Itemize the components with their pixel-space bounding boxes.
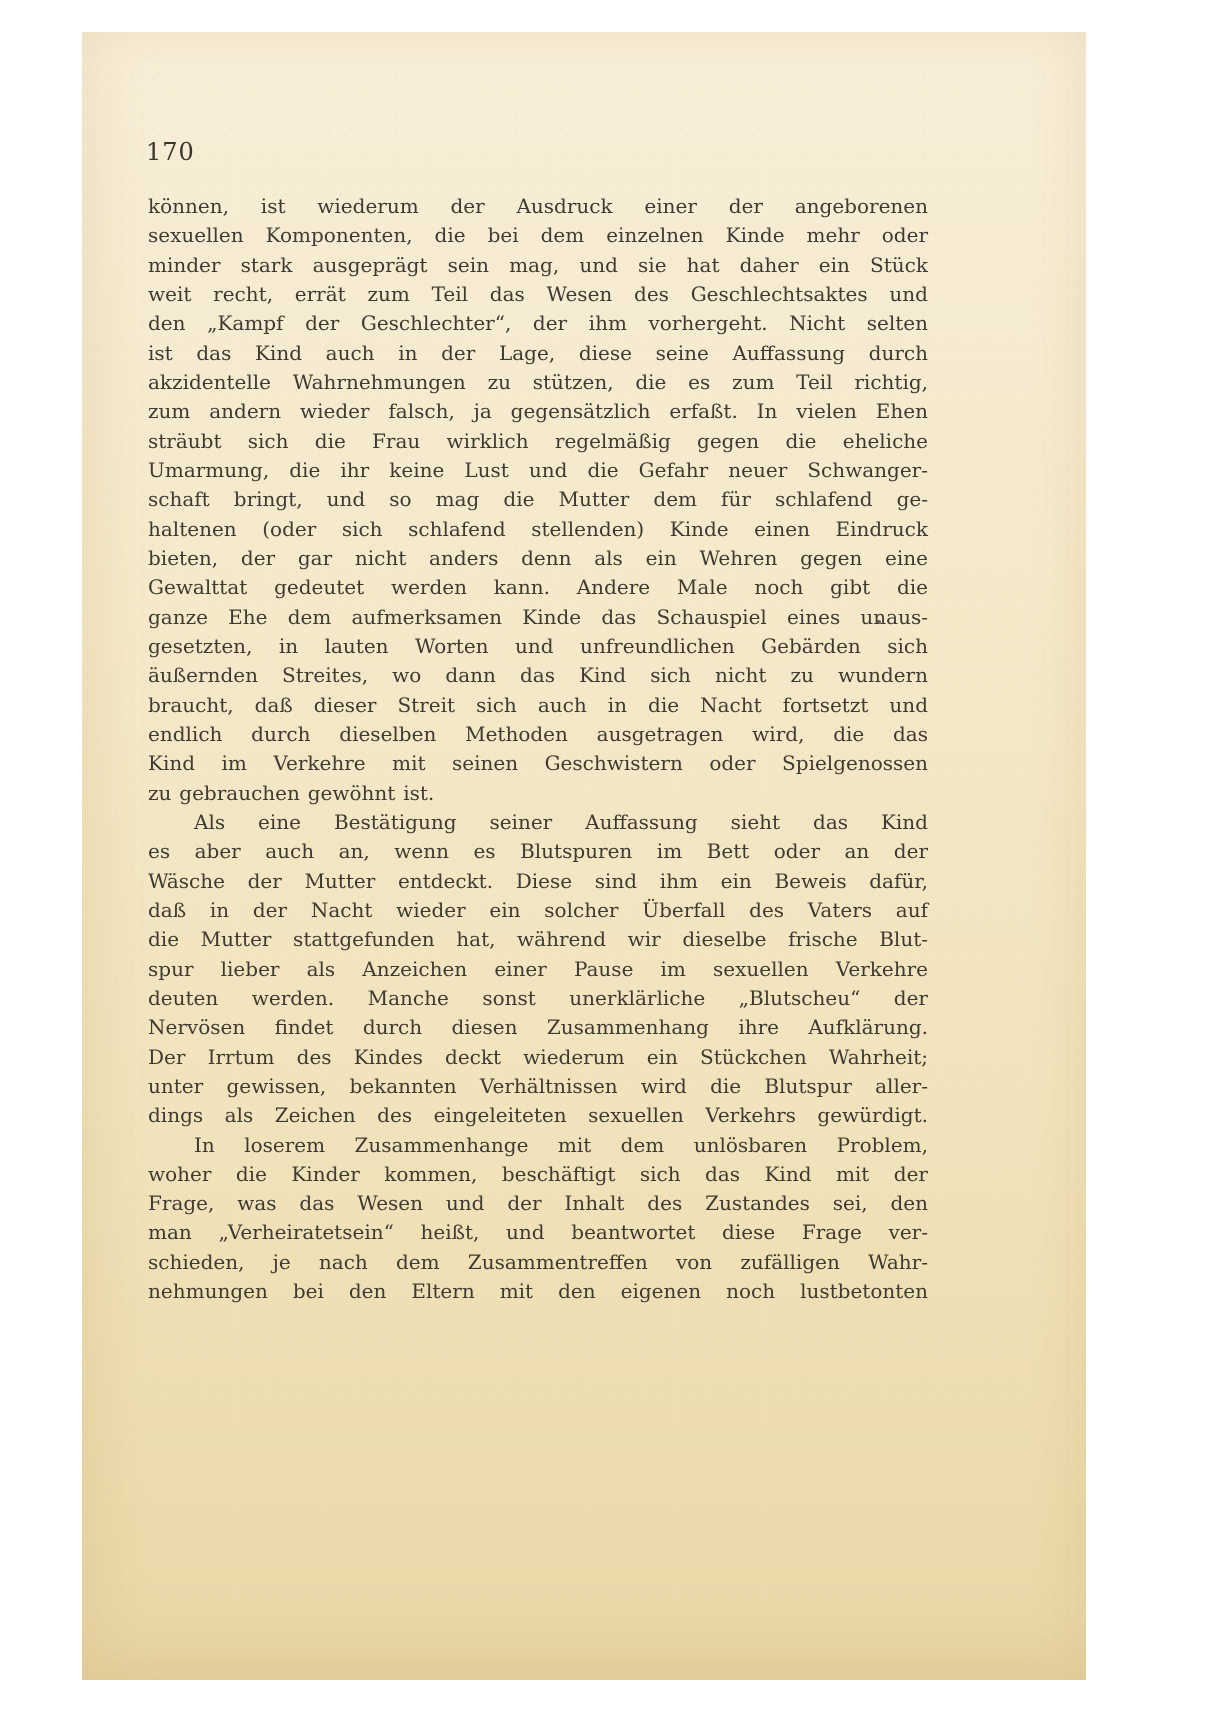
text-line: daß in der Nacht wieder ein solcher Über… xyxy=(148,896,928,925)
text-line: können, ist wiederum der Ausdruck einer … xyxy=(148,192,928,221)
text-line: deuten werden. Manche sonst unerklärlich… xyxy=(148,984,928,1013)
text-line: braucht, daß dieser Streit sich auch in … xyxy=(148,691,928,720)
text-line: akzidentelle Wahrnehmungen zu stützen, d… xyxy=(148,368,928,397)
text-line: schaft bringt, und so mag die Mutter dem… xyxy=(148,485,928,514)
text-line: sexuellen Komponenten, die bei dem einze… xyxy=(148,221,928,250)
text-line: sträubt sich die Frau wirklich regelmäßi… xyxy=(148,427,928,456)
text-line: weit recht, errät zum Teil das Wesen des… xyxy=(148,280,928,309)
text-line: Wäsche der Mutter entdeckt. Diese sind i… xyxy=(148,867,928,896)
text-line: spur lieber als Anzeichen einer Pause im… xyxy=(148,955,928,984)
paragraph: In loserem Zusammenhange mit dem unlösba… xyxy=(148,1131,928,1307)
text-block: können, ist wiederum der Ausdruck einer … xyxy=(148,192,928,1306)
text-line: Als eine Bestätigung seiner Auffassung s… xyxy=(148,808,928,837)
text-line: man „Verheiratetsein“ heißt, und beantwo… xyxy=(148,1218,928,1247)
text-line: zum andern wieder falsch, ja gegensätzli… xyxy=(148,397,928,426)
text-line: In loserem Zusammenhange mit dem unlösba… xyxy=(148,1131,928,1160)
text-line: die Mutter stattgefunden hat, während wi… xyxy=(148,925,928,954)
paragraph: können, ist wiederum der Ausdruck einer … xyxy=(148,192,928,808)
text-line: den „Kampf der Geschlechter“, der ihm vo… xyxy=(148,309,928,338)
text-line: unter gewissen, bekannten Verhältnissen … xyxy=(148,1072,928,1101)
text-line: zu gebrauchen gewöhnt ist. xyxy=(148,779,928,808)
text-line: ganze Ehe dem aufmerksamen Kinde das Sch… xyxy=(148,603,928,632)
text-line: dings als Zeichen des eingeleiteten sexu… xyxy=(148,1101,928,1130)
text-line: gesetzten, in lauten Worten und unfreund… xyxy=(148,632,928,661)
text-line: minder stark ausgeprägt sein mag, und si… xyxy=(148,251,928,280)
text-line: äußernden Streites, wo dann das Kind sic… xyxy=(148,661,928,690)
text-line: ist das Kind auch in der Lage, diese sei… xyxy=(148,339,928,368)
book-page: 170 können, ist wiederum der Ausdruck ei… xyxy=(82,32,1086,1680)
text-line: bieten, der gar nicht anders denn als ei… xyxy=(148,544,928,573)
text-line: endlich durch dieselben Methoden ausgetr… xyxy=(148,720,928,749)
text-line: schieden, je nach dem Zusammentreffen vo… xyxy=(148,1248,928,1277)
text-line: Frage, was das Wesen und der Inhalt des … xyxy=(148,1189,928,1218)
page-number: 170 xyxy=(146,138,195,166)
scan-backdrop: 170 können, ist wiederum der Ausdruck ei… xyxy=(0,0,1209,1733)
ink-speck xyxy=(877,620,881,624)
text-line: Gewalttat gedeutet werden kann. Andere M… xyxy=(148,573,928,602)
text-line: Umarmung, die ihr keine Lust und die Gef… xyxy=(148,456,928,485)
text-line: woher die Kinder kommen, beschäftigt sic… xyxy=(148,1160,928,1189)
text-line: es aber auch an, wenn es Blutspuren im B… xyxy=(148,837,928,866)
paragraph: Als eine Bestätigung seiner Auffassung s… xyxy=(148,808,928,1131)
text-line: nehmungen bei den Eltern mit den eigenen… xyxy=(148,1277,928,1306)
text-line: Kind im Verkehre mit seinen Geschwistern… xyxy=(148,749,928,778)
text-line: haltenen (oder sich schlafend stellenden… xyxy=(148,515,928,544)
text-line: Der Irrtum des Kindes deckt wiederum ein… xyxy=(148,1043,928,1072)
text-line: Nervösen findet durch diesen Zusammenhan… xyxy=(148,1013,928,1042)
